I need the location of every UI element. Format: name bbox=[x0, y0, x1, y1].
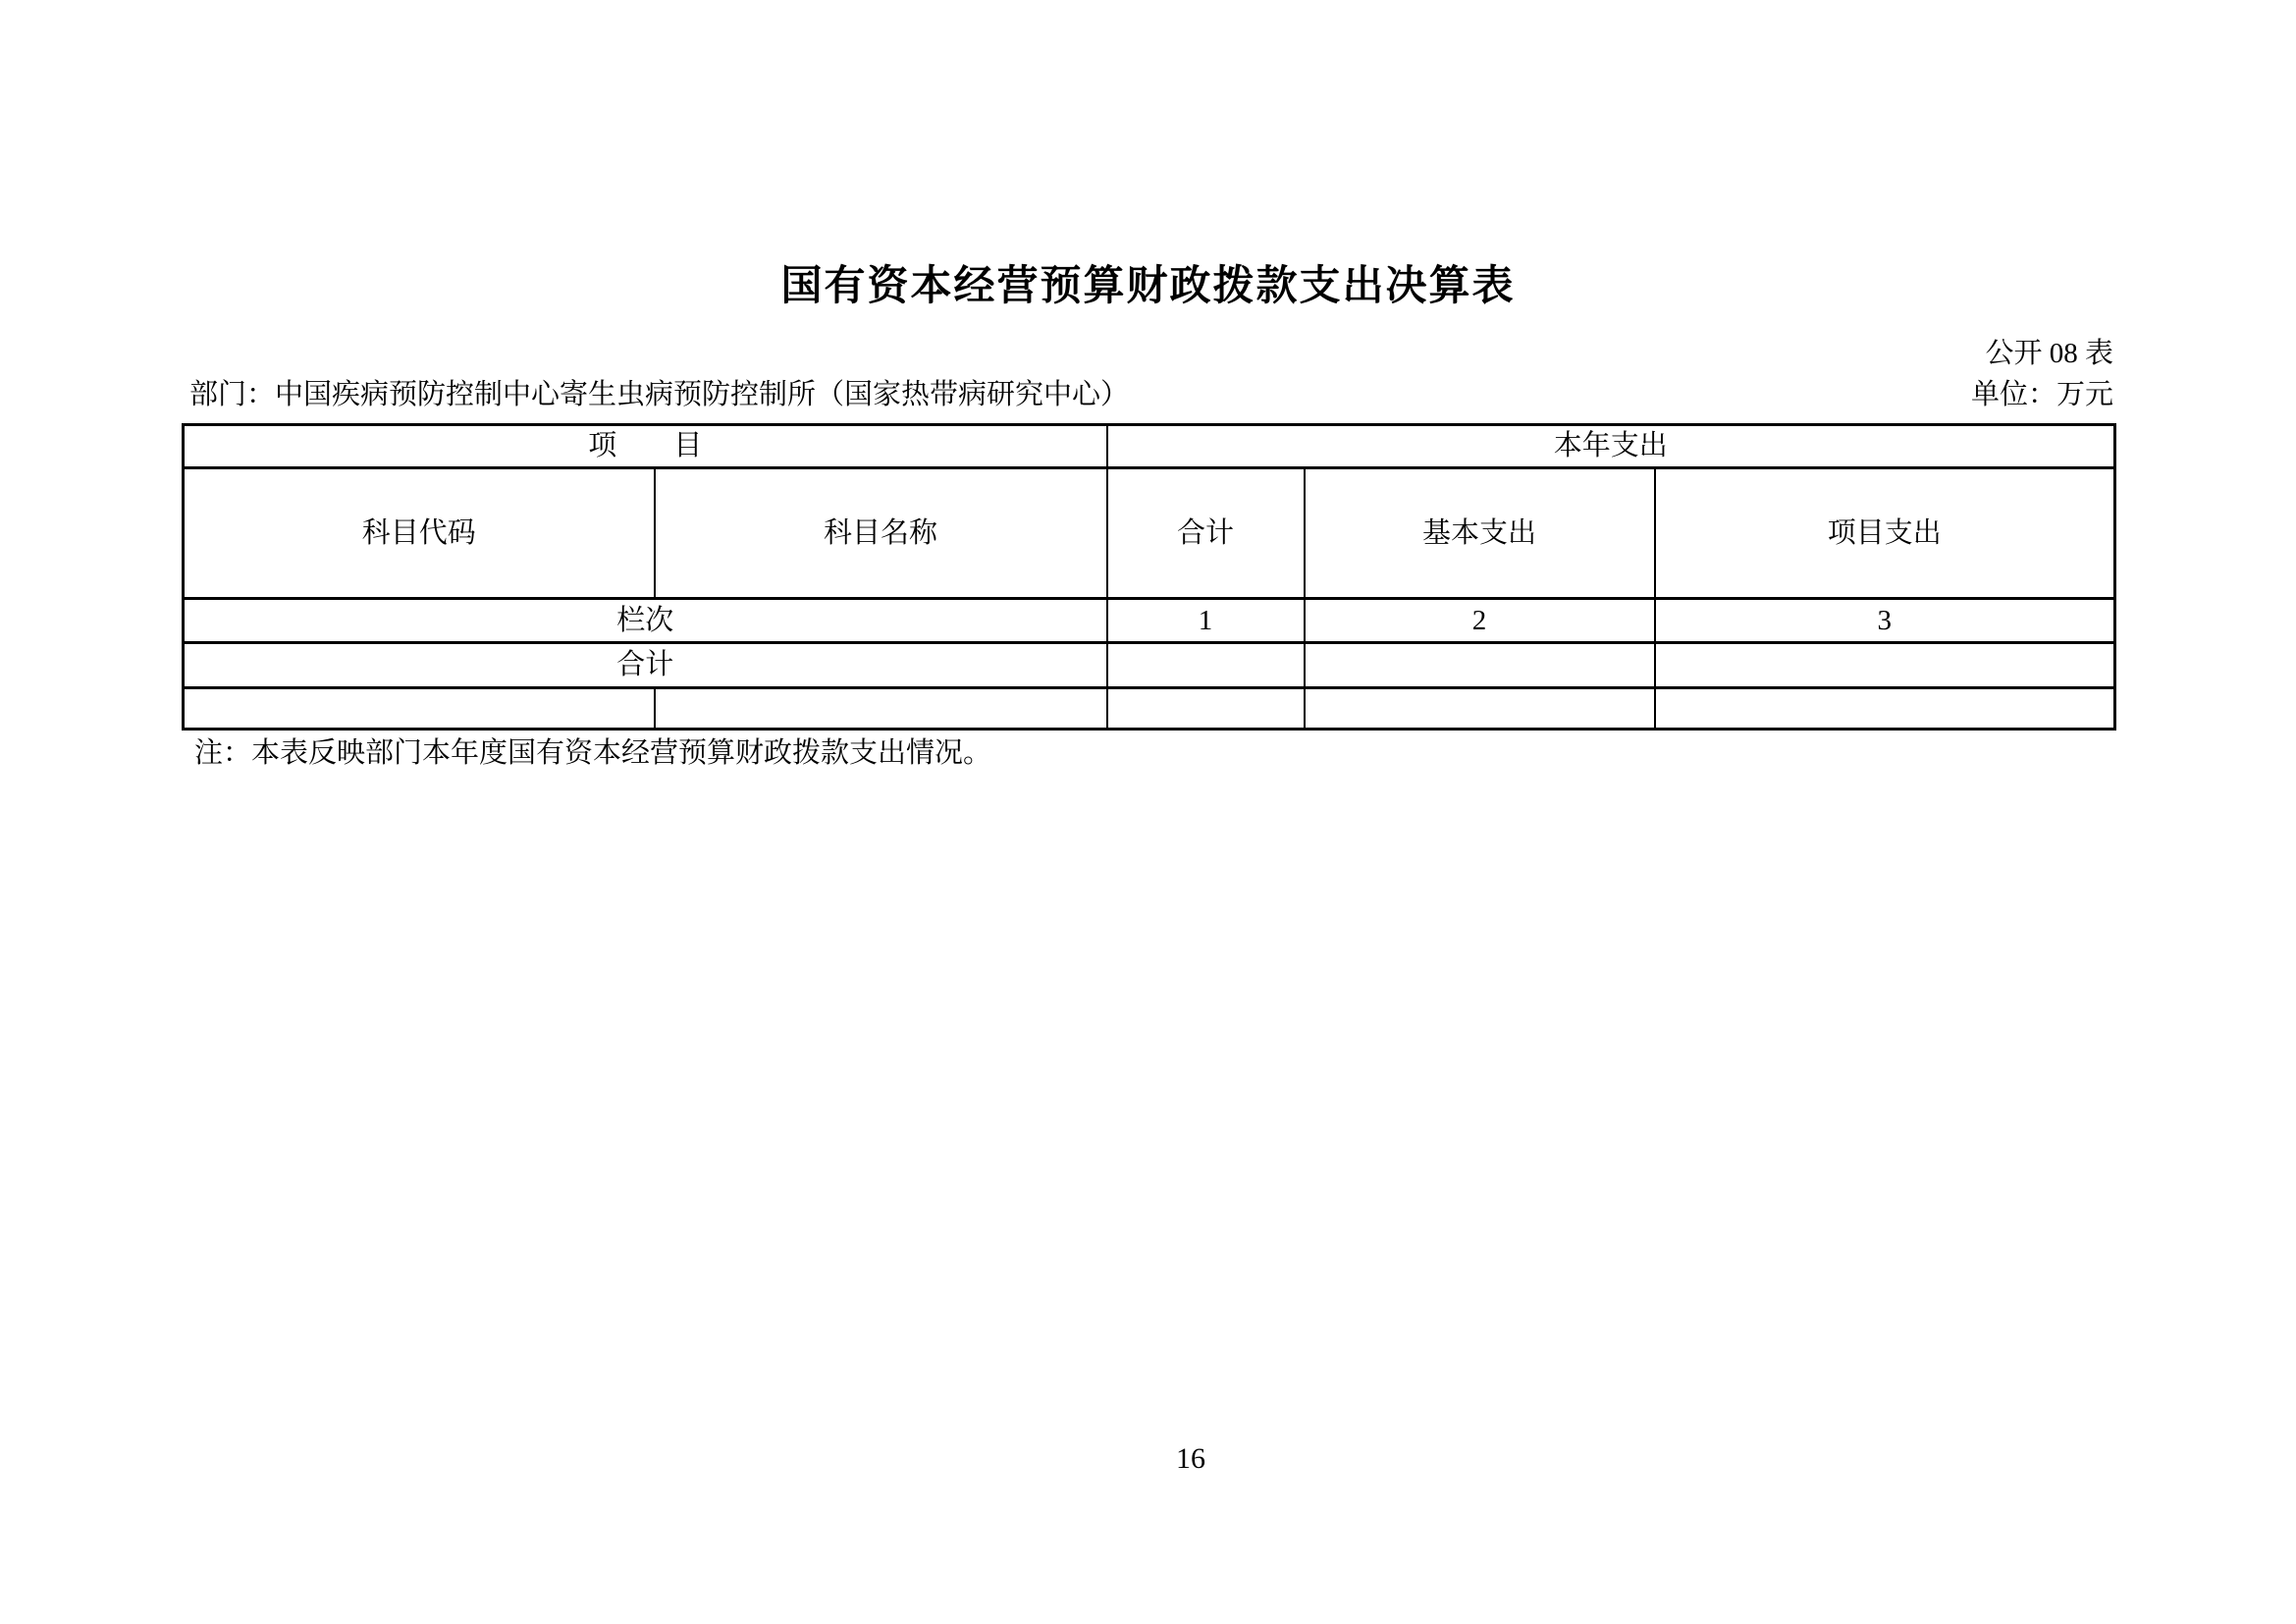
empty-cell-basic bbox=[1305, 688, 1655, 730]
total-row-basic-value bbox=[1305, 643, 1655, 688]
header-project-expense: 项目支出 bbox=[1655, 468, 2115, 599]
table-code-label: 公开 08 表 bbox=[1985, 338, 2113, 370]
empty-cell-code bbox=[184, 688, 655, 730]
column-index-3: 3 bbox=[1655, 599, 2115, 643]
page-number: 16 bbox=[1176, 1441, 1205, 1477]
column-index-2: 2 bbox=[1305, 599, 1655, 643]
column-index-label: 栏次 bbox=[184, 599, 1107, 643]
total-row-label: 合计 bbox=[184, 643, 1107, 688]
expenditure-table: 项 目 本年支出 科目代码 科目名称 合计 基本支出 项目支出 栏次 1 2 3… bbox=[182, 423, 2116, 731]
department-label: 部门：中国疾病预防控制中心寄生虫病预防控制所（国家热带病研究中心） bbox=[189, 379, 1129, 411]
table-row-column-headers: 科目代码 科目名称 合计 基本支出 项目支出 bbox=[184, 468, 2115, 599]
total-row-project-value bbox=[1655, 643, 2115, 688]
unit-label: 单位：万元 bbox=[1971, 379, 2113, 411]
header-total: 合计 bbox=[1107, 468, 1305, 599]
empty-cell-project bbox=[1655, 688, 2115, 730]
column-index-1: 1 bbox=[1107, 599, 1305, 643]
header-project-group: 项 目 bbox=[184, 425, 1107, 468]
total-row-total-value bbox=[1107, 643, 1305, 688]
table-row-empty bbox=[184, 688, 2115, 730]
empty-cell-name bbox=[655, 688, 1107, 730]
page-title: 国有资本经营预算财政拨款支出决算表 bbox=[0, 263, 2296, 310]
header-subject-code: 科目代码 bbox=[184, 468, 655, 599]
empty-cell-total bbox=[1107, 688, 1305, 730]
table-row-group-header: 项 目 本年支出 bbox=[184, 425, 2115, 468]
table-row-column-index: 栏次 1 2 3 bbox=[184, 599, 2115, 643]
header-subject-name: 科目名称 bbox=[655, 468, 1107, 599]
table-footnote: 注：本表反映部门本年度国有资本经营预算财政拨款支出情况。 bbox=[194, 736, 991, 771]
table-row-total: 合计 bbox=[184, 643, 2115, 688]
header-basic-expense: 基本支出 bbox=[1305, 468, 1655, 599]
header-current-year-expense-group: 本年支出 bbox=[1107, 425, 2115, 468]
